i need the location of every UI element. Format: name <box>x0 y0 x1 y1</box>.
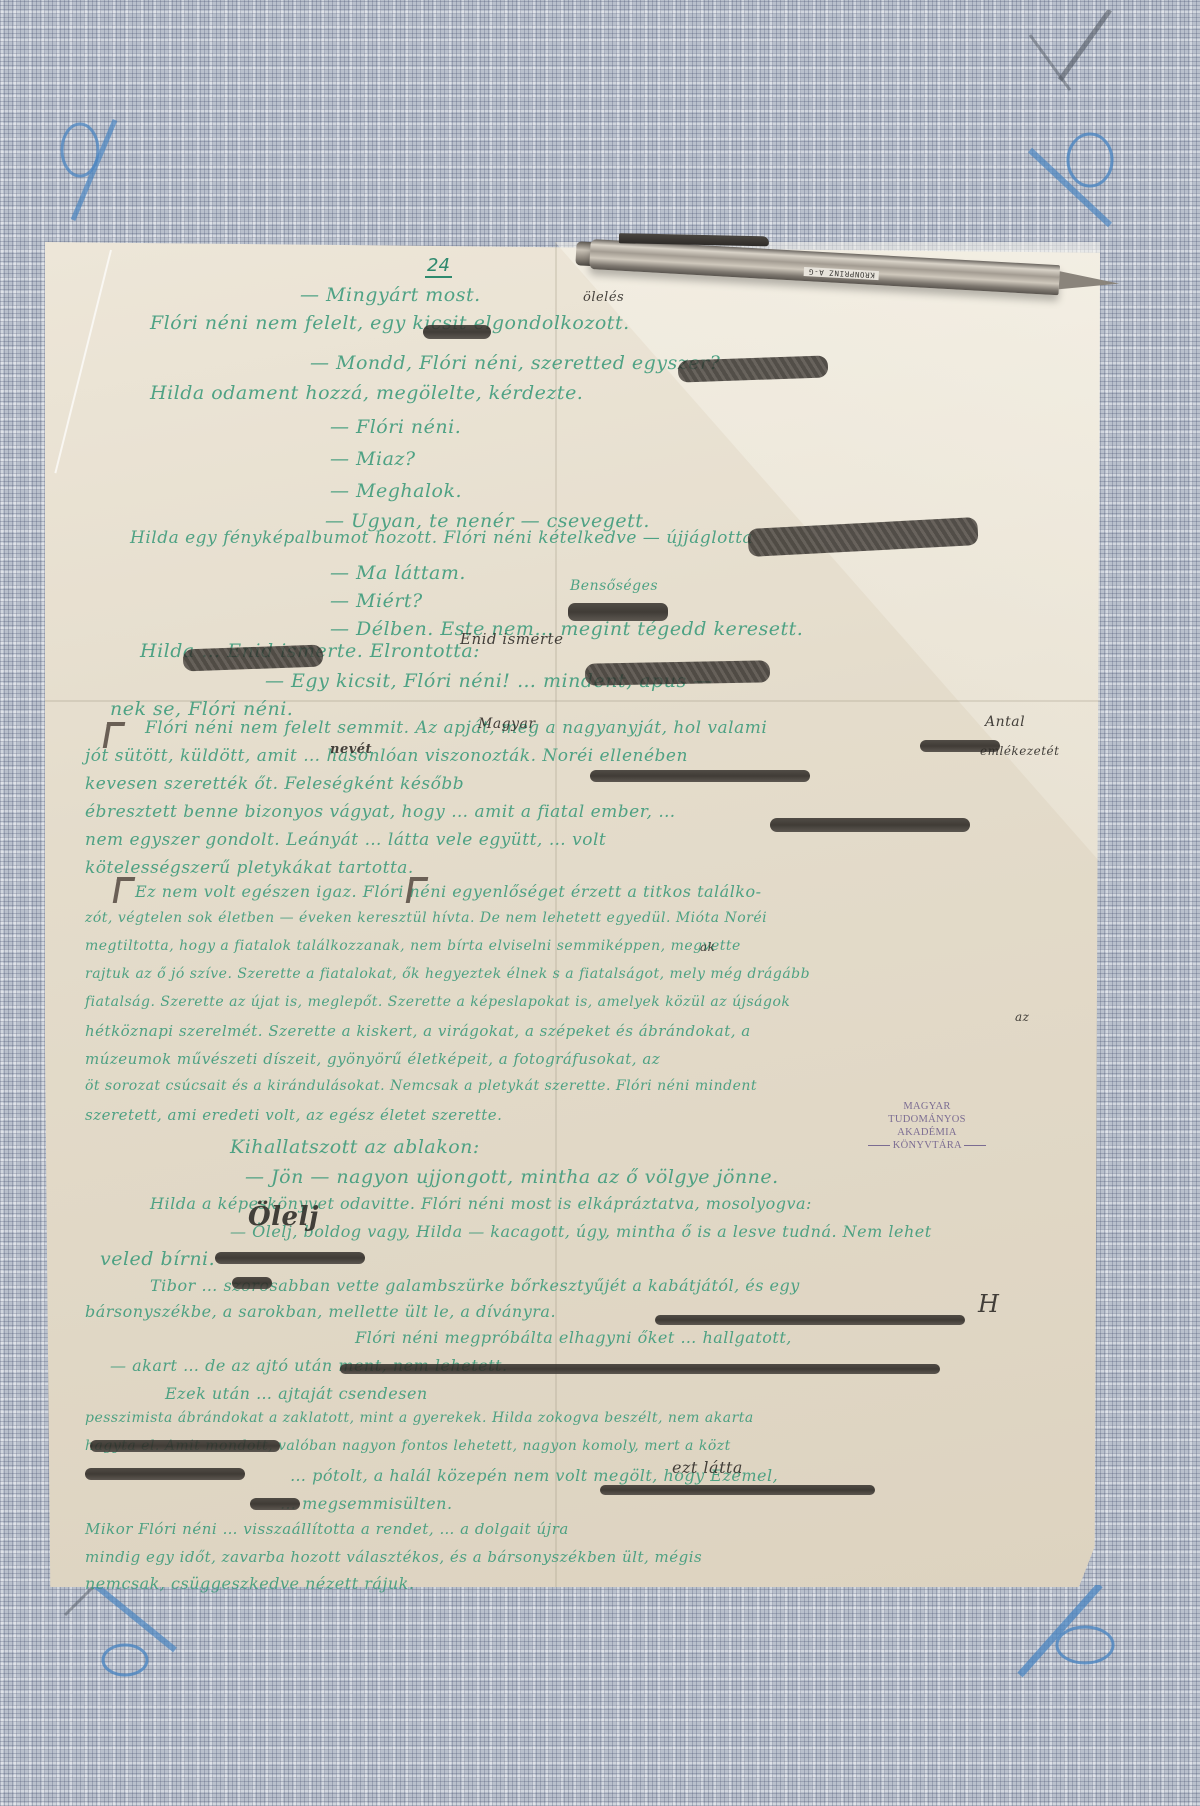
pencil-insertion: emlékezetét <box>980 744 1059 758</box>
text-line: kevesen szerették őt. Feleségként később <box>85 774 464 794</box>
text-line: zót, végtelen sok életben — éveken keres… <box>85 910 767 926</box>
text-line: Flóri néni nem felelt, egy kicsit elgond… <box>150 312 630 334</box>
pencil-strikethrough <box>655 1315 965 1325</box>
stamp-line-2: TUDOMÁNYOS AKADÉMIA <box>862 1113 992 1139</box>
text-line: Mikor Flóri néni … visszaállította a ren… <box>85 1520 569 1538</box>
pencil-insertion: Ölelj <box>248 1202 319 1232</box>
text-line: megtiltotta, hogy a fiatalok találkozzan… <box>85 938 741 954</box>
text-line: Ez nem volt egészen igaz. Flóri néni egy… <box>135 882 762 901</box>
stamp-line-3: KÖNYVTÁRA <box>893 1140 962 1151</box>
text-line: öt sorozat csúcsait és a kirándulásokat.… <box>85 1078 757 1094</box>
pencil-strikethrough <box>590 770 810 782</box>
text-line: Flóri néni nem felelt semmit. Az apját, … <box>145 718 767 738</box>
corner-mark-bottom-left <box>55 1585 195 1695</box>
text-line: Hilda odament hozzá, megölelte, kérdezte… <box>150 382 583 404</box>
text-line: rajtuk az ő jó szíve. Szerette a fiatalo… <box>85 966 810 982</box>
pencil-strikethrough <box>232 1277 272 1289</box>
pencil-strikethrough <box>423 325 491 339</box>
text-line: pesszimista ábrándokat a zaklatott, mint… <box>85 1410 754 1426</box>
text-line: fiatalság. Szerette az újat is, meglepőt… <box>85 994 790 1010</box>
text-line: Hilda egy fényképalbumot hozott. Flóri n… <box>130 528 753 548</box>
pencil-strikethrough <box>568 603 668 621</box>
text-line: nemcsak, csüggeszkedve nézett rájuk. <box>85 1574 414 1593</box>
corner-mark-bottom-right <box>1000 1585 1150 1695</box>
text-line: — Miaz? <box>330 448 416 470</box>
text-line: Ezek után … ajtaját csendesen <box>165 1384 428 1403</box>
pencil-insertion: Enid ismerte <box>460 630 563 648</box>
text-line: szeretett, ami eredeti volt, az egész él… <box>85 1106 502 1124</box>
text-line: nek se, Flóri néni. <box>110 698 293 720</box>
pencil-insertion: Antal <box>985 714 1025 730</box>
pencil-insertion: az <box>1015 1010 1029 1024</box>
text-line: — Ölelj, boldog vagy, Hilda — kacagott, … <box>230 1222 932 1241</box>
pencil-insertion: Magyar <box>478 716 536 732</box>
text-line: veled bírni. <box>100 1248 215 1270</box>
stamp-line-1: MAGYAR <box>862 1100 992 1113</box>
text-line: jót sütött, küldött, amit … hasonlóan vi… <box>85 746 688 766</box>
stamp-line-3-row: KÖNYVTÁRA <box>862 1139 992 1152</box>
pencil-scribble <box>585 660 770 685</box>
text-line: nem egyszer gondolt. Leányát … látta vel… <box>85 830 606 850</box>
text-line: hétköznapi szerelmét. Szerette a kiskert… <box>85 1022 751 1040</box>
text-line: mindig egy időt, zavarba hozott választé… <box>85 1548 702 1566</box>
pencil-strikethrough <box>90 1440 280 1452</box>
text-line: Kihallatszott az ablakon: <box>230 1136 480 1158</box>
text-line: — Meghalok. <box>330 480 462 502</box>
text-line: múzeumok művészeti díszeit, gyönyörű éle… <box>85 1050 660 1068</box>
pencil-insertion: ölelés <box>583 290 624 305</box>
pencil-strikethrough <box>600 1485 875 1495</box>
text-line: Flóri néni megpróbálta elhagyni őket … h… <box>355 1328 792 1347</box>
library-stamp: MAGYAR TUDOMÁNYOS AKADÉMIA KÖNYVTÁRA <box>862 1100 992 1152</box>
text-line: — Miért? <box>330 590 423 612</box>
text-line: — Mingyárt most. <box>300 284 481 306</box>
text-line: ébresztett benne bizonyos vágyat, hogy …… <box>85 802 676 822</box>
text-line: — Jön — nagyon ujjongott, mintha az ő vö… <box>245 1166 779 1188</box>
pencil-strikethrough <box>215 1252 365 1264</box>
text-line: kötelességszerű pletykákat tartotta. <box>85 858 414 878</box>
pencil-insertion: ezt látta <box>672 1458 743 1477</box>
corner-mark-top-left <box>45 105 135 225</box>
text-line: — Mondd, Flóri néni, szeretted egyszer? <box>310 352 720 374</box>
text-line: — Ma láttam. <box>330 562 466 584</box>
pencil-insertion: H <box>978 1290 999 1318</box>
page-number: 24 <box>425 255 452 278</box>
pencil-strikethrough <box>250 1498 300 1510</box>
pencil-tip <box>1059 271 1120 292</box>
ink-insertion: Bensőséges <box>570 578 658 594</box>
pencil-insertion: ak <box>700 940 715 954</box>
pencil-strikethrough <box>340 1364 940 1374</box>
text-line: bársonyszékbe, a sarokban, mellette ült … <box>85 1302 556 1321</box>
pencil-insertion: nevét <box>330 742 372 757</box>
corner-mark-top-right <box>1010 10 1150 230</box>
text-line: — Délben. Este nem… megint tégedd kerese… <box>330 618 803 640</box>
pencil-strikethrough <box>770 818 970 832</box>
text-line: — Flóri néni. <box>330 416 461 438</box>
text-line: … megsemmisülten. <box>280 1494 453 1513</box>
pencil-strikethrough <box>85 1468 245 1480</box>
